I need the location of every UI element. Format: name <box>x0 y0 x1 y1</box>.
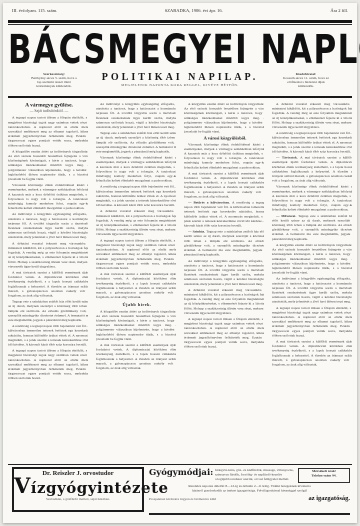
subheader: Szerkesztőség:Batthyány-utcza 5. szám, h… <box>8 72 352 98</box>
newspaper-page: III. évfolyam. 115. szám. SZABADKA, 1906… <box>3 3 357 523</box>
article-paragraph: A mai táviratok szerint a külföldi esemé… <box>184 171 264 199</box>
paper-type-label: POLITIKAI NAPILAP. <box>100 72 260 83</box>
masthead-rule <box>8 20 352 23</box>
article-paragraph: Az indítványt a közgyűlés egyhangúlag el… <box>184 259 264 287</box>
list-line: közlemények küldendők. <box>8 84 100 88</box>
treatments-ad-box: Gyógymódjai: hidegvíz-kúra, gőz- és kádf… <box>149 467 350 515</box>
column-1: A vármegye gyűlése.— Saját tudósítónktól… <box>8 102 88 464</box>
article-subheading: — Saját tudósítónktól. — <box>8 109 88 114</box>
hydrotherapy-ad-box: Dr. Reiszler J. orvostudor Vízgyógyintéz… <box>12 467 144 512</box>
article-heading: A vármegye gyűlése. <box>8 103 88 108</box>
article-paragraph: A közgyűlés ezután áttért az indítványok… <box>96 309 176 341</box>
news-item-lead: — Betörés a külvárosban. <box>188 201 232 205</box>
list-line: Telefon-szám 94. <box>299 474 349 479</box>
paper-type-block: POLITIKAI NAPILAP. MEGJELENIK NAPONTA KO… <box>100 72 260 89</box>
article-paragraph: A mai táviratok szerint a külföldi esemé… <box>8 270 88 298</box>
article-paragraph: — Művészet. Tegnap este a színházban zsú… <box>272 214 352 242</box>
article-paragraph: Tegnap este a színházban zsúfolt ház elő… <box>96 131 176 154</box>
list-line: a legújabb rendszer szerint, orvosi felü… <box>215 477 298 482</box>
article-columns: A vármegye gyűlése.— Saját tudósítónktól… <box>8 102 352 464</box>
ad-phone-box: Mérsékelt árak!Telefon-szám 94. <box>298 468 350 483</box>
article-paragraph: A mai táviratok szerint a külföldi esemé… <box>272 339 352 367</box>
article-paragraph: — Betörés a külvárosban. A rendőrség a t… <box>184 201 264 229</box>
article-paragraph: A tegnapi napon tartott ülésen a főispán… <box>8 349 88 381</box>
masthead: BÁCSMEGYEI NAPLÓ <box>8 27 352 71</box>
article-paragraph: A tegnapi napon tartott ülésen a főispán… <box>184 317 264 349</box>
article-paragraph: — Táviratok. A mai táviratok szerint a k… <box>272 156 352 184</box>
article-paragraph: A közgyűlés ezután áttért az indítványok… <box>8 149 88 181</box>
article-paragraph: Városunk közönsége élénk érdeklődéssel k… <box>96 156 176 184</box>
ad-treatments-label: Gyógymódjai: <box>149 468 213 478</box>
ad-institute-title: Vízgyógyintézete <box>14 477 142 497</box>
ad-prospectus-note: Prospektust kívánatra ingyen és bérmentv… <box>149 497 308 501</box>
article-paragraph: A tegnapi napon tartott ülésen a főispán… <box>96 238 176 270</box>
newspaper-title: BÁCSMEGYEI NAPLÓ <box>8 27 360 73</box>
dateline: SZABADKA, 1906. évi ápr. 16. <box>165 8 223 13</box>
article-paragraph: Az indítványt a közgyűlés egyhangúlag el… <box>8 212 88 240</box>
ad-signature: az igazgatóság. <box>308 495 350 502</box>
list-line: küldendők. <box>260 84 352 88</box>
article-paragraph: A délutáni vonattal érkezett meg városun… <box>8 241 88 269</box>
editorial-office-block: Szerkesztőség:Batthyány-utcza 5. szám, h… <box>8 72 100 96</box>
article-paragraph: A közgyűlés ezután áttért az indítványok… <box>272 243 352 275</box>
top-info-line: III. évfolyam. 115. szám. SZABADKA, 1906… <box>8 8 352 18</box>
article-paragraph: Az indítványt a közgyűlés egyhangúlag el… <box>272 277 352 305</box>
article-paragraph: — Színház. Tegnap este a színházban zsúf… <box>184 230 264 258</box>
ad-schedule-lines: Rendelés naponta délelőtt 8—12-ig és dél… <box>149 484 350 493</box>
news-item-lead: — Művészet. <box>276 214 298 218</box>
price: Ára 2 fill. <box>330 8 348 13</box>
article-paragraph: A rendőrség a tegnapi napon több bejelen… <box>96 185 176 208</box>
list-line: lakásról gondoskodik az intézet igazgató… <box>149 489 350 494</box>
ad-phone-lines: Mérsékelt árak!Telefon-szám 94. <box>299 469 349 478</box>
ad-address-line: Szabadkán, a gőzfürdő mellett, saját ház… <box>14 497 142 501</box>
article-paragraph: A délutáni vonattal érkezett meg városun… <box>184 288 264 316</box>
article-paragraph: A rendőrség a tegnapi napon több bejelen… <box>8 324 88 347</box>
ad-doctor-name: Dr. Reiszler J. orvostudor <box>14 470 142 477</box>
article-paragraph: Tegnap este a színházban zsúfolt ház elő… <box>8 300 88 323</box>
article-paragraph: A délutáni vonattal érkezett meg városun… <box>96 209 176 237</box>
editorial-office-lines: Szerkesztőség:Batthyány-utcza 5. szám, h… <box>8 72 100 88</box>
column-4: A délutáni vonattal érkezett meg városun… <box>272 102 352 464</box>
news-item-lead: — Táviratok. <box>276 156 300 160</box>
column-2: Az indítványt a közgyűlés egyhangúlag el… <box>96 102 176 464</box>
article-paragraph: Városunk közönsége élénk érdeklődéssel k… <box>184 142 264 170</box>
article-paragraph: A tegnapi napon tartott ülésen a főispán… <box>8 116 88 148</box>
news-item-lead: — Színház. <box>188 230 206 234</box>
news-section-heading: Újabb hírek. <box>96 303 176 308</box>
ad-treatments-lines: hidegvíz-kúra, gőz- és kádfürdők, massag… <box>213 468 298 482</box>
issue-number: III. évfolyam. 115. szám. <box>12 8 57 13</box>
publisher-office-lines: Kiadóhivatal:Kossuth-utcza 11. szám, hov… <box>260 72 352 88</box>
article-paragraph: Városunk közönsége élénk érdeklődéssel k… <box>8 183 88 211</box>
article-paragraph: A tegnapi napon tartott ülésen a főispán… <box>272 306 352 338</box>
publication-schedule: MEGJELENIK NAPONTA KORA REGGEL, KIVÉVE H… <box>100 83 260 87</box>
column-3: A közgyűlés ezután áttért az indítványok… <box>184 102 264 464</box>
article-paragraph: A mai táviratok szerint a külföldi esemé… <box>96 343 176 371</box>
article-paragraph: A délutáni vonattal érkezett meg városun… <box>272 102 352 130</box>
article-paragraph: A rendőrség a tegnapi napon több bejelen… <box>272 131 352 154</box>
section-heading: A városi közgyűlésből. <box>184 136 264 141</box>
article-paragraph: Városunk közönsége élénk érdeklődéssel k… <box>272 185 352 213</box>
publisher-office-block: Kiadóhivatal:Kossuth-utcza 11. szám, hov… <box>260 72 352 96</box>
advertisement-section: Dr. Reiszler J. orvostudor Vízgyógyintéz… <box>8 464 352 515</box>
article-paragraph: A közgyűlés ezután áttért az indítványok… <box>184 102 264 134</box>
article-paragraph: Az indítványt a közgyűlés egyhangúlag el… <box>96 102 176 130</box>
article-paragraph: A mai táviratok szerint a külföldi esemé… <box>96 272 176 300</box>
